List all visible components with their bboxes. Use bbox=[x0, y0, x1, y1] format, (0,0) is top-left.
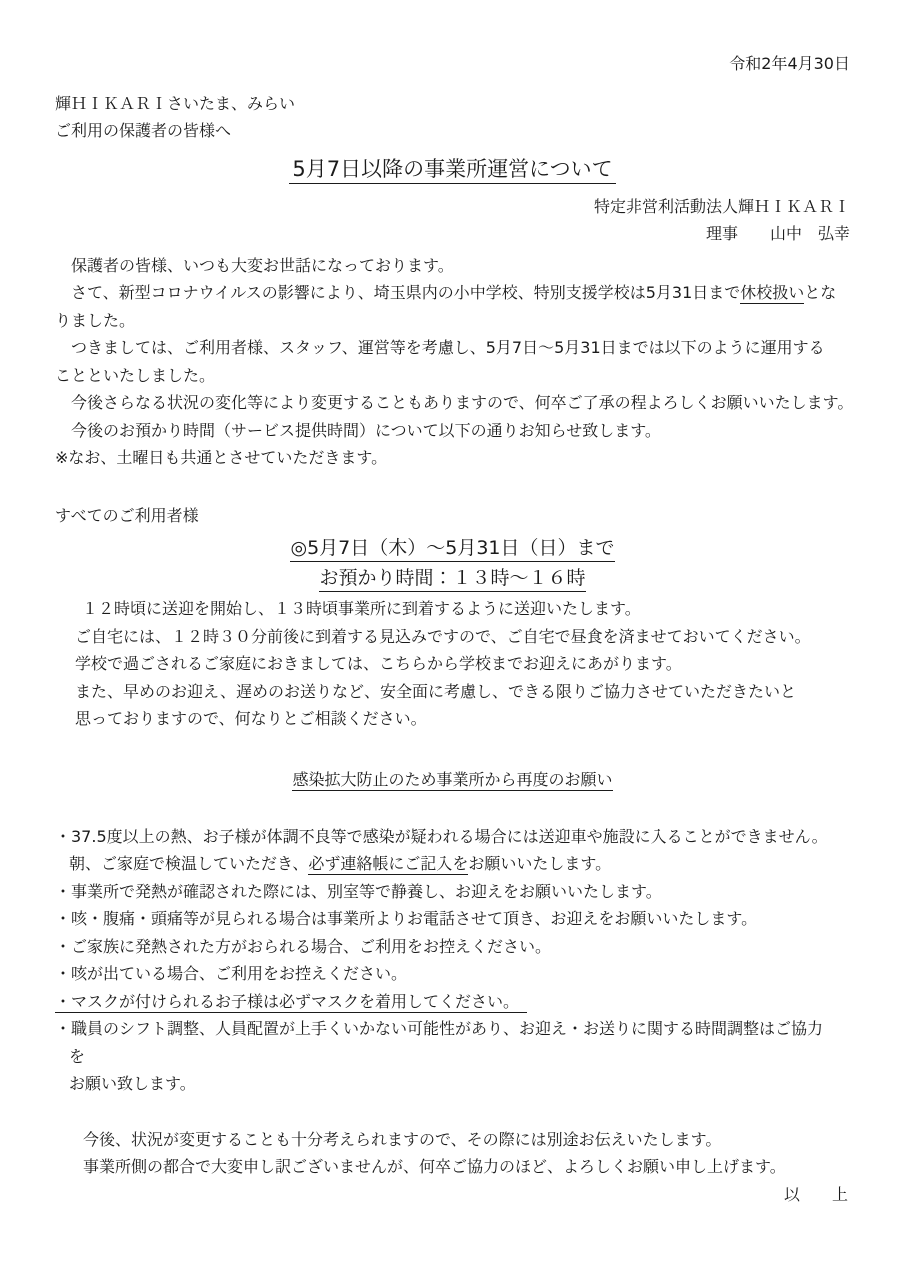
underline-emphasis: ・マスクが付けられるお子様は必ずマスクを着用してください。 bbox=[55, 992, 527, 1013]
text-segment: 朝、ご家庭で検温していただき、 bbox=[69, 854, 308, 873]
hours-heading: お預かり時間：１３時～１６時 bbox=[55, 563, 850, 593]
all-users-section: すべてのご利用者様 ◎5月7日（木）～5月31日（日）まで お預かり時間：１３時… bbox=[55, 502, 850, 733]
document-title: 5月7日以降の事業所運営について bbox=[55, 153, 850, 185]
intro-section: 保護者の皆様、いつも大変お世話になっております。 さて、新型コロナウイルスの影響… bbox=[55, 252, 850, 472]
paragraph-line: 保護者の皆様、いつも大変お世話になっております。 bbox=[55, 252, 850, 280]
sender-block: 特定非営利活動法人輝ＨＩＫＡＲＩ 理事 山中 弘幸 bbox=[55, 193, 850, 248]
document-page: 令和2年4月30日 輝ＨＩＫＡＲＩさいたま、みらい ご利用の保護者の皆様へ 5月… bbox=[0, 0, 905, 1280]
bullet-item: ・咳が出ている場合、ご利用をお控えください。 bbox=[55, 960, 850, 988]
paragraph-line: さて、新型コロナウイルスの影響により、埼玉県内の小中学校、特別支援学校は5月31… bbox=[55, 279, 850, 307]
paragraph-line: ※なお、土曜日も共通とさせていただきます。 bbox=[55, 444, 850, 472]
paragraph-line: ことといたしました。 bbox=[55, 362, 850, 390]
closing-section: 今後、状況が変更することも十分考えられますので、その際には別途お伝えいたします。… bbox=[55, 1126, 850, 1181]
underline-emphasis: 必ず連絡帳にご記入を bbox=[308, 854, 468, 875]
recipient-block: 輝ＨＩＫＡＲＩさいたま、みらい ご利用の保護者の皆様へ bbox=[55, 90, 850, 145]
paragraph-line: つきましては、ご利用者様、スタッフ、運営等を考慮し、5月7日～5月31日までは以… bbox=[55, 334, 850, 362]
paragraph-line: りました。 bbox=[55, 307, 850, 335]
bullet-item: ・37.5度以上の熱、お子様が体調不良等で感染が疑われる場合には送迎車や施設に入… bbox=[55, 823, 850, 851]
bullet-item: ・職員のシフト調整、人員配置が上手くいかない可能性があり、お迎え・お送りに関する… bbox=[55, 1015, 850, 1043]
closing-mark: 以 上 bbox=[55, 1181, 850, 1209]
recipient-line: ご利用の保護者の皆様へ bbox=[55, 117, 850, 145]
paragraph-line: 今後さらなる状況の変化等により変更することもありますので、何卒ご了承の程よろしく… bbox=[55, 389, 850, 417]
document-title-text: 5月7日以降の事業所運営について bbox=[289, 157, 615, 184]
paragraph-line: 今後のお預かり時間（サービス提供時間）について以下の通りお知らせ致します。 bbox=[55, 417, 850, 445]
text-segment: とな bbox=[804, 283, 836, 302]
hours-heading-text: お預かり時間：１３時～１６時 bbox=[319, 567, 585, 592]
recipient-line: 輝ＨＩＫＡＲＩさいたま、みらい bbox=[55, 90, 850, 118]
text-segment: お願いいたします。 bbox=[468, 854, 611, 873]
request-heading-text: 感染拡大防止のため事業所から再度のお願い bbox=[292, 770, 612, 791]
care-detail-line: 思っておりますので、何なりとご相談ください。 bbox=[75, 705, 850, 733]
care-detail-line: また、早めのお迎え、遅めのお送りなど、安全面に考慮し、できる限りご協力させていた… bbox=[75, 678, 850, 706]
bullet-item: ・咳・腹痛・頭痛等が見られる場合は事業所よりお電話させて頂き、お迎えをお願いいた… bbox=[55, 905, 850, 933]
request-bullet-list: ・37.5度以上の熱、お子様が体調不良等で感染が疑われる場合には送迎車や施設に入… bbox=[55, 823, 850, 1098]
bullet-continuation: 朝、ご家庭で検温していただき、必ず連絡帳にご記入をお願いいたします。 bbox=[55, 850, 850, 878]
care-details-block: １２時頃に送迎を開始し、１３時頃事業所に到着するように送迎いたします。 ご自宅に… bbox=[55, 595, 850, 733]
period-heading: ◎5月7日（木）～5月31日（日）まで bbox=[55, 533, 850, 563]
closing-line: 今後、状況が変更することも十分考えられますので、その際には別途お伝えいたします。 bbox=[83, 1126, 850, 1154]
document-date: 令和2年4月30日 bbox=[55, 50, 850, 78]
section-label: すべてのご利用者様 bbox=[55, 502, 850, 530]
period-heading-text: ◎5月7日（木）～5月31日（日）まで bbox=[290, 537, 614, 562]
bullet-item: ・ご家族に発熱された方がおられる場合、ご利用をお控えください。 bbox=[55, 933, 850, 961]
closing-line: 事業所側の都合で大変申し訳ございませんが、何卒ご協力のほど、よろしくお願い申し上… bbox=[83, 1153, 850, 1181]
care-detail-line: ご自宅には、１２時３０分前後に到着する見込みですので、ご自宅で昼食を済ませておい… bbox=[75, 623, 850, 651]
underline-emphasis: 休校扱い bbox=[740, 283, 804, 304]
bullet-item-underlined: ・マスクが付けられるお子様は必ずマスクを着用してください。 bbox=[55, 988, 850, 1016]
request-heading: 感染拡大防止のため事業所から再度のお願い bbox=[55, 765, 850, 795]
care-detail-line: １２時頃に送迎を開始し、１３時頃事業所に到着するように送迎いたします。 bbox=[75, 595, 850, 623]
bullet-item: ・事業所で発熱が確認された際には、別室等で静養し、お迎えをお願いいたします。 bbox=[55, 878, 850, 906]
sender-organization: 特定非営利活動法人輝ＨＩＫＡＲＩ bbox=[55, 193, 850, 221]
bullet-continuation: を bbox=[55, 1043, 850, 1071]
request-section: 感染拡大防止のため事業所から再度のお願い ・37.5度以上の熱、お子様が体調不良… bbox=[55, 765, 850, 1098]
bullet-continuation: お願い致します。 bbox=[55, 1070, 850, 1098]
care-detail-line: 学校で過ごされるご家庭におきましては、こちらから学校までお迎えにあがります。 bbox=[75, 650, 850, 678]
sender-person: 理事 山中 弘幸 bbox=[55, 220, 850, 248]
text-segment: さて、新型コロナウイルスの影響により、埼玉県内の小中学校、特別支援学校は5月31… bbox=[71, 283, 740, 302]
